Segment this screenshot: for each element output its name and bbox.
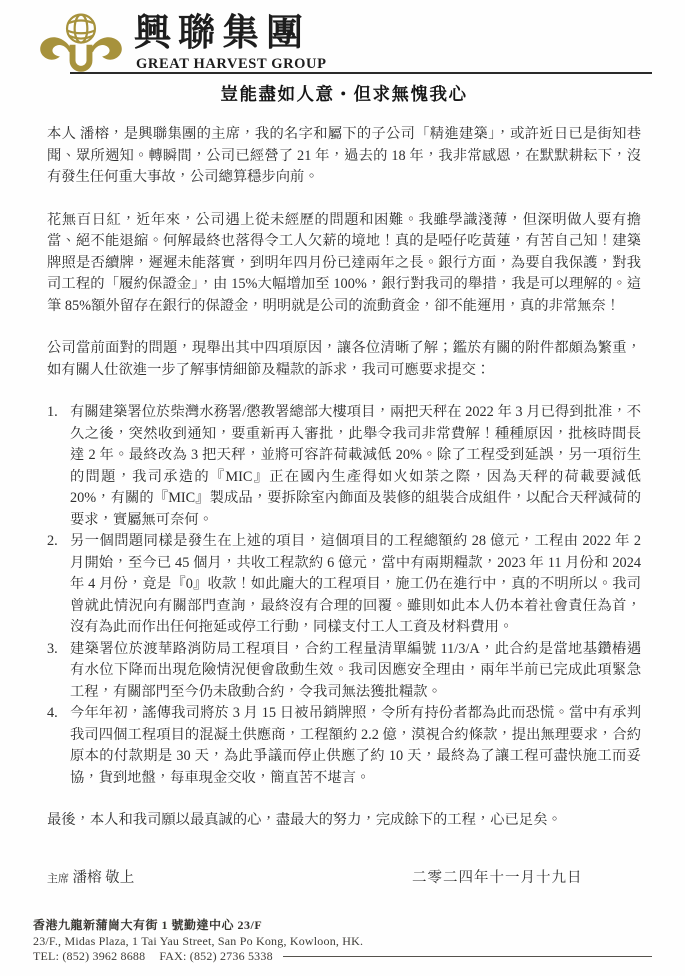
globe-harvest-logo-icon	[38, 10, 124, 76]
item-text: 建築署位於渡華路消防局工程項目，合約工程量清單編號 11/3/A，此合約是當地基…	[70, 639, 641, 704]
footer-address-zh: 香港九龍新蒲崗大有街 1 號勤達中心 23/F	[33, 918, 652, 934]
company-name-en: GREAT HARVEST GROUP	[136, 56, 327, 73]
letter-page: 興聯集團 GREAT HARVEST GROUP 豈能盡如人意・但求無愧我心 本…	[0, 0, 685, 976]
closing-paragraph: 最後，本人和我司願以最真誠的心，盡最大的努力，完成餘下的工程，心已足矣。	[47, 810, 641, 832]
item-text: 另一個問題同樣是發生在上述的項目，這個項目的工程總額約 28 億元，工程由 20…	[70, 531, 641, 639]
footer-address-en: 23/F., Midas Plaza, 1 Tai Yau Street, Sa…	[33, 934, 652, 950]
item-number: 1.	[47, 402, 70, 531]
list-item: 1. 有關建築署位於柴灣水務署/懲教署總部大樓項目，兩把天秤在 2022 年 3…	[47, 402, 641, 531]
item-number: 2.	[47, 531, 70, 639]
reason-list: 1. 有關建築署位於柴灣水務署/懲教署總部大樓項目，兩把天秤在 2022 年 3…	[47, 402, 641, 789]
item-text: 有關建築署位於柴灣水務署/懲教署總部大樓項目，兩把天秤在 2022 年 3 月已…	[70, 402, 641, 531]
list-item: 4. 今年年初，謠傳我司將於 3 月 15 日被吊銷牌照，令所有持份者都為此而恐…	[47, 703, 641, 789]
signer-role: 主席	[47, 873, 69, 885]
letterhead-divider	[70, 72, 652, 74]
item-number: 4.	[47, 703, 70, 789]
footer-tel: TEL: (852) 3962 8688	[33, 949, 145, 965]
footer-contact-line: TEL: (852) 3962 8688 FAX: (852) 2736 533…	[33, 949, 652, 965]
letter-title: 豈能盡如人意・但求無愧我心	[47, 84, 641, 104]
letterhead: 興聯集團 GREAT HARVEST GROUP	[38, 8, 652, 78]
letter-body: 豈能盡如人意・但求無愧我心 本人 潘榕，是興聯集團的主席，我的名字和屬下的子公司…	[47, 84, 641, 832]
item-text: 今年年初，謠傳我司將於 3 月 15 日被吊銷牌照，令所有持份者都為此而恐慌。當…	[70, 703, 641, 789]
list-item: 2. 另一個問題同樣是發生在上述的項目，這個項目的工程總額約 28 億元，工程由…	[47, 531, 641, 639]
paragraph-four-reasons: 公司當前面對的問題，現舉出其中四項原因，讓各位清晰了解；鑑於有關的附件都頗為繁重…	[47, 338, 641, 381]
paragraph-difficulties: 花無百日紅，近年來，公司遇上從未經歷的問題和困難。我雖學識淺薄，但深明做人要有擔…	[47, 210, 641, 318]
paragraph-intro: 本人 潘榕，是興聯集團的主席，我的名字和屬下的子公司「精進建築」，或許近日已是街…	[47, 124, 641, 189]
page-footer: 香港九龍新蒲崗大有街 1 號勤達中心 23/F 23/F., Midas Pla…	[33, 918, 652, 965]
signer-name: 潘榕 敬上	[73, 870, 135, 886]
signer: 主席 潘榕 敬上	[47, 866, 134, 887]
footer-fax: FAX: (852) 2736 5338	[159, 949, 272, 965]
letter-date: 二零二四年十一月十九日	[412, 866, 583, 887]
company-name-zh: 興聯集團	[134, 14, 310, 55]
list-item: 3. 建築署位於渡華路消防局工程項目，合約工程量清單編號 11/3/A，此合約是…	[47, 639, 641, 704]
footer-divider	[283, 956, 652, 957]
item-number: 3.	[47, 639, 70, 704]
